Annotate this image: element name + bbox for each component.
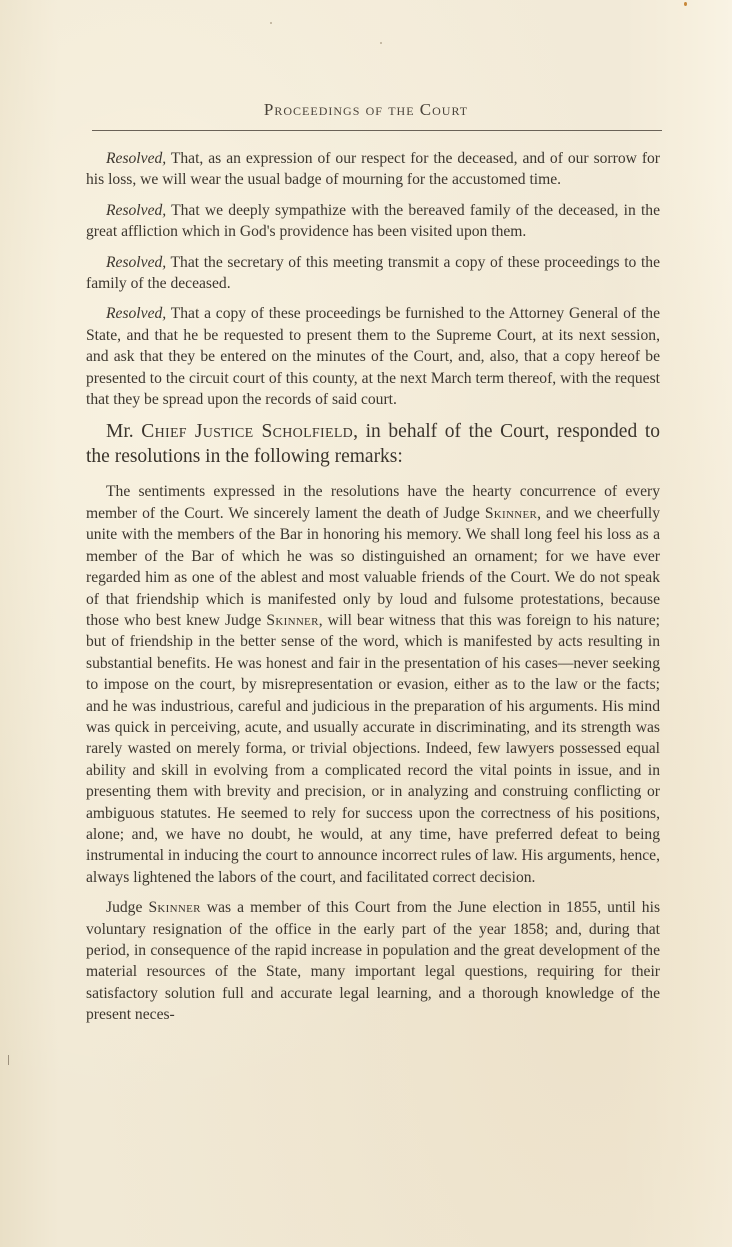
paper-speck xyxy=(380,42,382,44)
resolution-text: That, as an expression of our respect fo… xyxy=(86,150,660,188)
paper-stain xyxy=(684,2,687,6)
paper-speck xyxy=(270,22,272,24)
header-rule xyxy=(92,130,662,131)
resolution-lead: Resolved, xyxy=(106,150,166,167)
resolution-3: Resolved, That the secretary of this mee… xyxy=(86,252,660,295)
resolution-lead: Resolved, xyxy=(106,254,166,271)
remarks-text: was a member of this Court from the June… xyxy=(86,899,660,1023)
remarks-text: , will bear witness that this was foreig… xyxy=(86,612,660,886)
heading-prefix: Mr. xyxy=(106,421,141,442)
resolution-2: Resolved, That we deeply sympathize with… xyxy=(86,200,660,243)
scanned-page: Proceedings of the Court Resolved, That,… xyxy=(0,0,732,1247)
remarks: The sentiments expressed in the resoluti… xyxy=(86,481,660,1025)
page-body: Resolved, That, as an expression of our … xyxy=(86,148,660,1035)
name-skinner: Skinner xyxy=(266,612,318,629)
remarks-paragraph-1: The sentiments expressed in the resoluti… xyxy=(86,481,660,888)
resolution-text: That a copy of these proceedings be furn… xyxy=(86,305,660,408)
name-skinner: Skinner xyxy=(148,899,200,916)
paper-mark xyxy=(8,1055,9,1065)
heading-name: Chief Justice Scholfield xyxy=(141,421,353,442)
remarks-paragraph-2: Judge Skinner was a member of this Court… xyxy=(86,897,660,1025)
resolution-lead: Resolved, xyxy=(106,202,166,219)
running-head: Proceedings of the Court xyxy=(0,100,732,120)
section-heading: Mr. Chief Justice Scholfield, in behalf … xyxy=(86,419,660,469)
name-skinner: Skinner xyxy=(485,505,537,522)
resolution-lead: Resolved, xyxy=(106,305,166,322)
resolution-1: Resolved, That, as an expression of our … xyxy=(86,148,660,191)
resolution-text: That the secretary of this meeting trans… xyxy=(86,254,660,292)
remarks-text: , and we cheerfully unite with the membe… xyxy=(86,505,660,629)
resolution-text: That we deeply sympathize with the berea… xyxy=(86,202,660,240)
remarks-text: Judge xyxy=(106,899,148,916)
resolution-4: Resolved, That a copy of these proceedin… xyxy=(86,303,660,410)
